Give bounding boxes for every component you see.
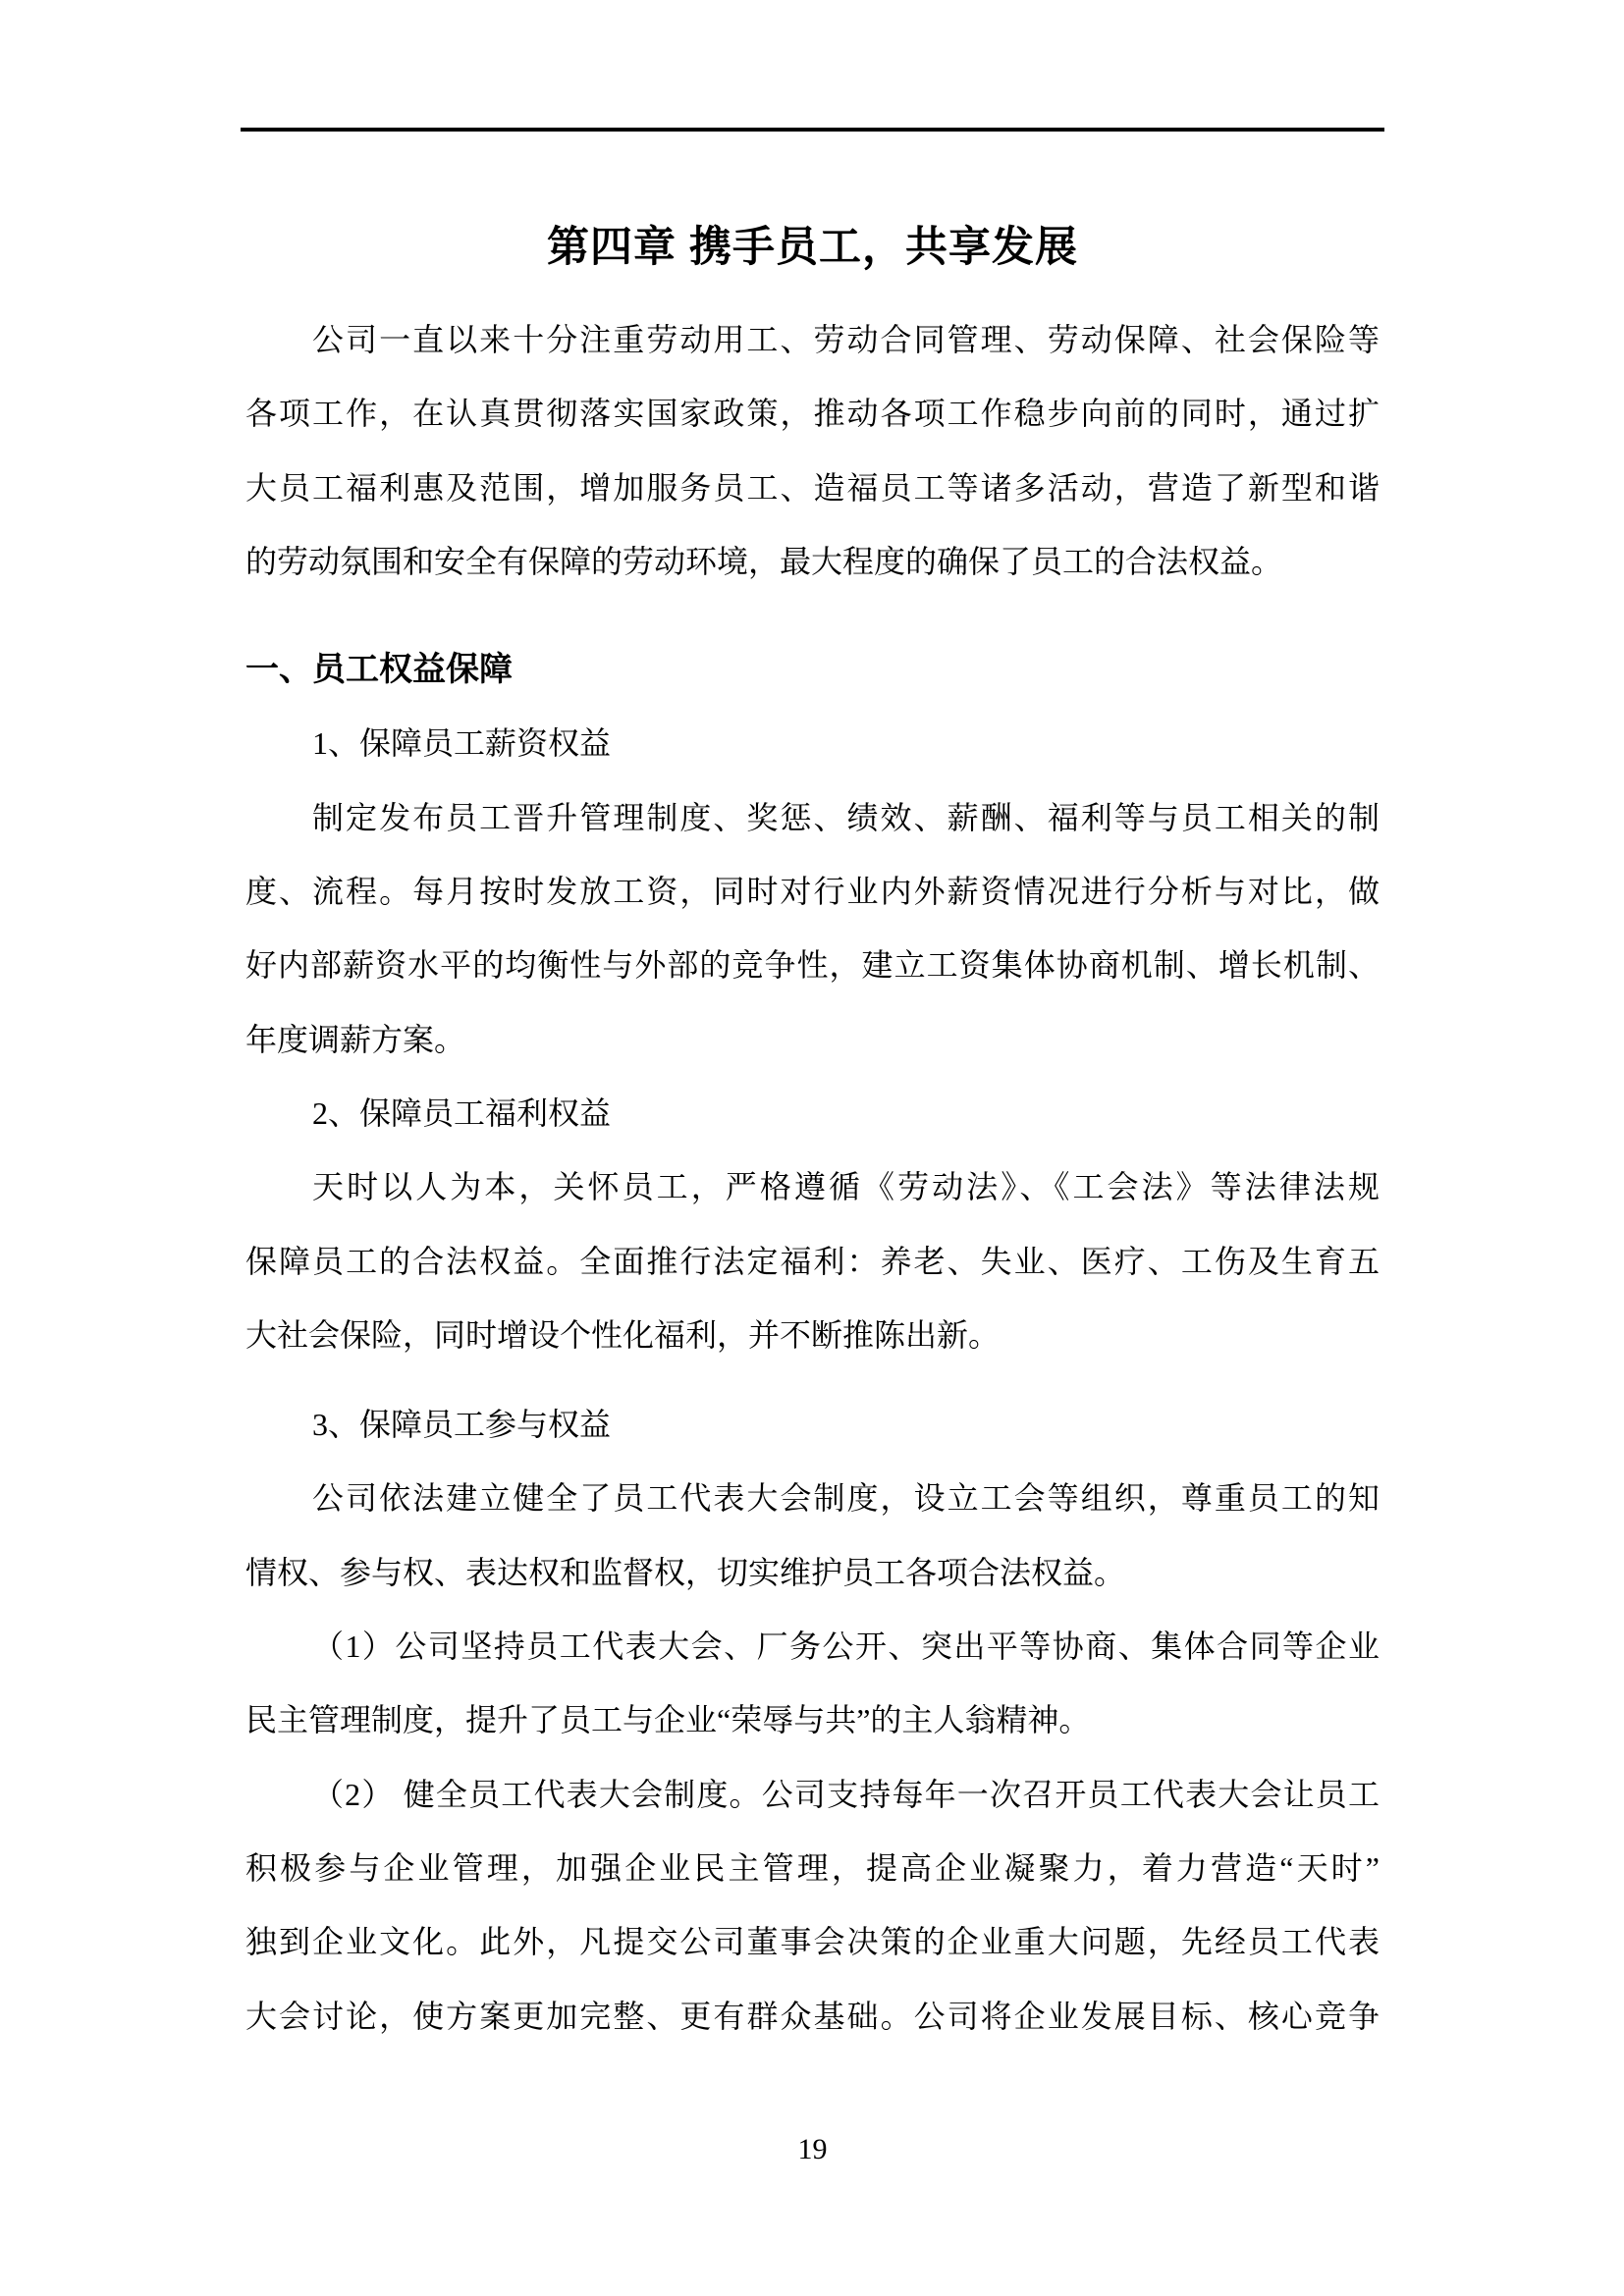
text-line: 的劳动氛围和安全有保障的劳动环境，最大程度的确保了员工的合法权益。 bbox=[245, 525, 1380, 599]
text-line: 各项工作，在认真贯彻落实国家政策，推动各项工作稳步向前的同时，通过扩 bbox=[245, 377, 1380, 451]
document-body: 公司一直以来十分注重劳动用工、劳动合同管理、劳动保障、社会保险等各项工作，在认真… bbox=[245, 303, 1380, 2054]
text-line: 2、保障员工福利权益 bbox=[245, 1077, 1380, 1150]
text-line: 公司一直以来十分注重劳动用工、劳动合同管理、劳动保障、社会保险等 bbox=[245, 303, 1380, 377]
text-line: （2） 健全员工代表大会制度。公司支持每年一次召开员工代表大会让员工 bbox=[245, 1758, 1380, 1832]
sub-heading: 3、保障员工参与权益 bbox=[245, 1388, 1380, 1462]
text-line: 大社会保险，同时增设个性化福利，并不断推陈出新。 bbox=[245, 1299, 1380, 1372]
text-line: 情权、参与权、表达权和监督权，切实维护员工各项合法权益。 bbox=[245, 1536, 1380, 1610]
paragraph: 公司一直以来十分注重劳动用工、劳动合同管理、劳动保障、社会保险等各项工作，在认真… bbox=[245, 303, 1380, 599]
text-line: 积极参与企业管理，加强企业民主管理，提高企业凝聚力，着力营造“天时” bbox=[245, 1832, 1380, 1905]
text-line: 制定发布员工晋升管理制度、奖惩、绩效、薪酬、福利等与员工相关的制 bbox=[245, 781, 1380, 855]
paragraph: （2） 健全员工代表大会制度。公司支持每年一次召开员工代表大会让员工积极参与企业… bbox=[245, 1758, 1380, 2054]
text-line: 天时以人为本，关怀员工，严格遵循《劳动法》、《工会法》等法律法规 bbox=[245, 1150, 1380, 1224]
document-page: 第四章 携手员工，共享发展 公司一直以来十分注重劳动用工、劳动合同管理、劳动保障… bbox=[0, 0, 1624, 2296]
text-line: 保障员工的合法权益。全面推行法定福利：养老、失业、医疗、工伤及生育五 bbox=[245, 1225, 1380, 1299]
text-line: 独到企业文化。此外，凡提交公司董事会决策的企业重大问题，先经员工代表 bbox=[245, 1905, 1380, 1979]
paragraph: 公司依法建立健全了员工代表大会制度，设立工会等组织，尊重员工的知情权、参与权、表… bbox=[245, 1462, 1380, 1610]
text-line: 1、保障员工薪资权益 bbox=[245, 707, 1380, 780]
paragraph: （1）公司坚持员工代表大会、厂务公开、突出平等协商、集体合同等企业民主管理制度，… bbox=[245, 1610, 1380, 1758]
text-line: 民主管理制度，提升了员工与企业“荣辱与共”的主人翁精神。 bbox=[245, 1683, 1380, 1757]
sub-heading: 1、保障员工薪资权益 bbox=[245, 707, 1380, 780]
paragraph: 天时以人为本，关怀员工，严格遵循《劳动法》、《工会法》等法律法规保障员工的合法权… bbox=[245, 1150, 1380, 1372]
text-line: 公司依法建立健全了员工代表大会制度，设立工会等组织，尊重员工的知 bbox=[245, 1462, 1380, 1535]
text-line: 大员工福利惠及范围，增加服务员工、造福员工等诸多活动，营造了新型和谐 bbox=[245, 452, 1380, 525]
sub-heading: 2、保障员工福利权益 bbox=[245, 1077, 1380, 1150]
header-rule bbox=[241, 128, 1384, 132]
text-line: 好内部薪资水平的均衡性与外部的竞争性，建立工资集体协商机制、增长机制、 bbox=[245, 929, 1380, 1002]
text-line: 度、流程。每月按时发放工资，同时对行业内外薪资情况进行分析与对比，做 bbox=[245, 855, 1380, 929]
page-number: 19 bbox=[798, 2133, 828, 2165]
page-footer: 19 bbox=[241, 2132, 1384, 2167]
text-line: 大会讨论，使方案更加完整、更有群众基础。公司将企业发展目标、核心竞争 bbox=[245, 1980, 1380, 2054]
chapter-title: 第四章 携手员工，共享发展 bbox=[241, 218, 1384, 277]
text-line: 一、员工权益保障 bbox=[245, 633, 1380, 707]
text-line: 3、保障员工参与权益 bbox=[245, 1388, 1380, 1462]
paragraph: 制定发布员工晋升管理制度、奖惩、绩效、薪酬、福利等与员工相关的制度、流程。每月按… bbox=[245, 781, 1380, 1077]
text-line: 年度调薪方案。 bbox=[245, 1003, 1380, 1077]
section-heading: 一、员工权益保障 bbox=[245, 633, 1380, 707]
text-line: （1）公司坚持员工代表大会、厂务公开、突出平等协商、集体合同等企业 bbox=[245, 1610, 1380, 1683]
